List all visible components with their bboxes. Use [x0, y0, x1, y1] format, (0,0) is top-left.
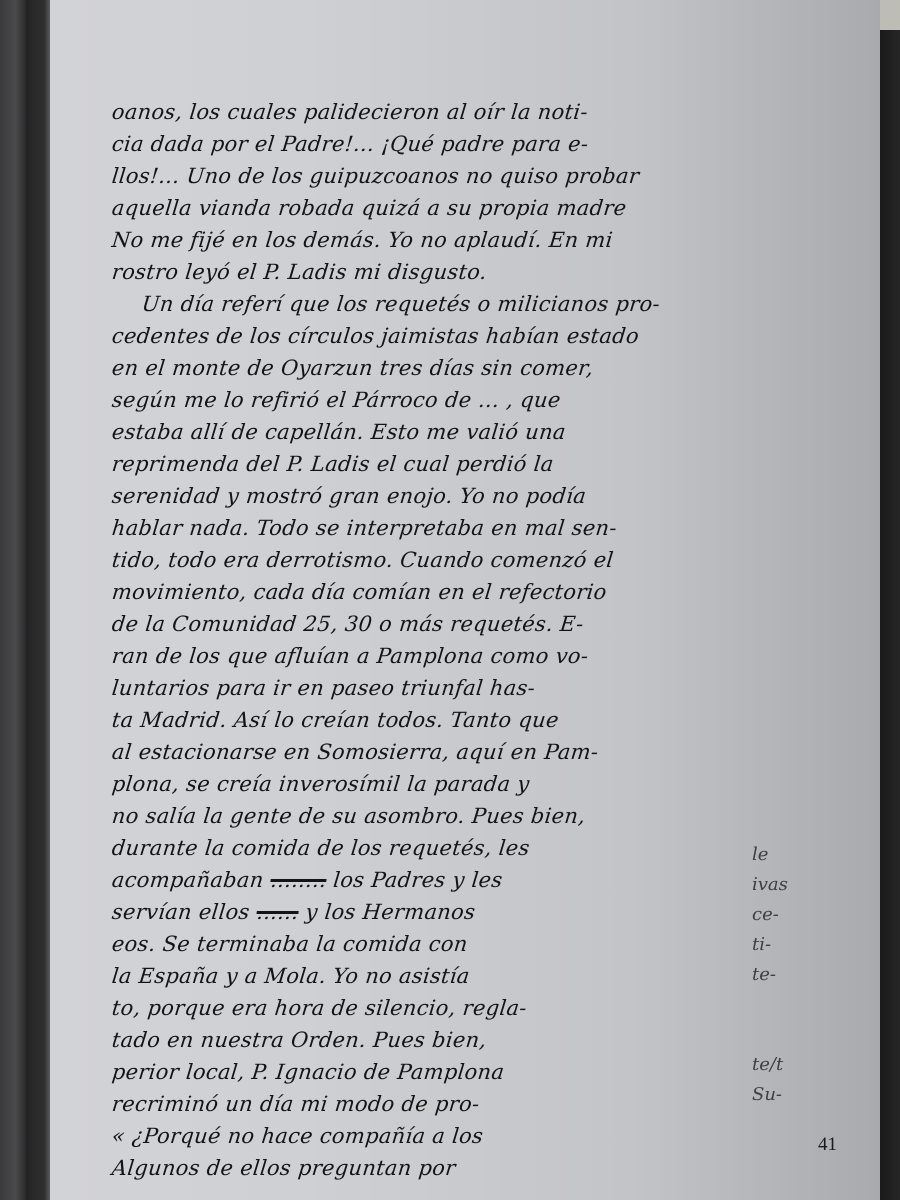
manuscript-text: cedentes de los círculos jaimistas había… [111, 324, 641, 348]
margin-note: Su- [752, 1080, 812, 1110]
struck-out-text: ........ [269, 868, 327, 892]
manuscript-line: plona, se creía inverosímil la parada y [110, 768, 813, 800]
manuscript-line: cia dada por el Padre!... ¡Qué padre par… [110, 128, 813, 160]
manuscript-line: no salía la gente de su asombro. Pues bi… [110, 800, 813, 832]
manuscript-line: llos!... Uno de los guipuzcoanos no quis… [110, 160, 813, 192]
manuscript-text: movimiento, cada día comían en el refect… [111, 580, 608, 604]
margin-note: ce- [752, 900, 812, 930]
photo-scene: oanos, los cuales palidecieron al oír la… [0, 0, 900, 1200]
manuscript-line: perior local, P. Ignacio de Pamplona [110, 1056, 813, 1088]
manuscript-line: al estacionarse en Somosierra, aquí en P… [110, 736, 813, 768]
manuscript-text: al estacionarse en Somosierra, aquí en P… [111, 740, 600, 764]
manuscript-text: « ¿Porqué no hace compañía a los [111, 1124, 485, 1148]
manuscript-line: tado en nuestra Orden. Pues bien, [110, 1024, 813, 1056]
manuscript-text: serenidad y mostró gran enojo. Yo no pod… [111, 484, 588, 508]
manuscript-line: tido, todo era derrotismo. Cuando comenz… [110, 544, 813, 576]
manuscript-text: de la Comunidad 25, 30 o más requetés. E… [111, 612, 585, 636]
manuscript-line: durante la comida de los requetés, les [110, 832, 813, 864]
struck-out-text: ...... [255, 900, 299, 924]
manuscript-line: servían ellos ...... y los Hermanos [110, 896, 813, 928]
manuscript-text: No me fijé en los demás. Yo no aplaudí. … [111, 228, 614, 252]
manuscript-line: recriminó un día mi modo de pro- [110, 1088, 813, 1120]
manuscript-text: oanos, los cuales palidecieron al oír la… [111, 100, 589, 124]
manuscript-text: reprimenda del P. Ladis el cual perdió l… [111, 452, 555, 476]
manuscript-text: rostro leyó el P. Ladis mi disgusto. [111, 260, 488, 284]
book-spine-shadow [0, 0, 26, 1200]
manuscript-line: estaba allí de capellán. Esto me valió u… [110, 416, 813, 448]
manuscript-line: Un día referí que los requetés o milicia… [110, 288, 813, 320]
manuscript-text: no salía la gente de su asombro. Pues bi… [111, 804, 587, 828]
manuscript-text: aquella vianda robada quizá a su propia … [111, 196, 628, 220]
manuscript-line: luntarios para ir en paseo triunfal has- [110, 672, 813, 704]
manuscript-text: ta Madrid. Así lo creían todos. Tanto qu… [111, 708, 560, 732]
manuscript-text: estaba allí de capellán. Esto me valió u… [111, 420, 567, 444]
manuscript-line: rostro leyó el P. Ladis mi disgusto. [110, 256, 813, 288]
manuscript-line: en el monte de Oyarzun tres días sin com… [110, 352, 813, 384]
manuscript-line: eos. Se terminaba la comida con [110, 928, 813, 960]
manuscript-text: servían ellos [111, 900, 251, 924]
manuscript-text-continuation: los Padres y les [325, 868, 504, 892]
manuscript-line: ta Madrid. Así lo creían todos. Tanto qu… [110, 704, 813, 736]
manuscript-text: en el monte de Oyarzun tres días sin com… [111, 356, 595, 380]
manuscript-line: to, porque era hora de silencio, regla- [110, 992, 813, 1024]
manuscript-line: hablar nada. Todo se interpretaba en mal… [110, 512, 813, 544]
margin-note [752, 1020, 812, 1050]
manuscript-text: recriminó un día mi modo de pro- [111, 1092, 481, 1116]
page-number: 41 [818, 1134, 837, 1156]
margin-note: le [752, 840, 812, 870]
manuscript-text: Un día referí que los requetés o milicia… [141, 292, 662, 316]
manuscript-text: perior local, P. Ignacio de Pamplona [111, 1060, 506, 1084]
manuscript-text: acompañaban [111, 868, 265, 892]
margin-note: ti- [752, 930, 812, 960]
manuscript-text: to, porque era hora de silencio, regla- [111, 996, 528, 1020]
manuscript-line: serenidad y mostró gran enojo. Yo no pod… [110, 480, 813, 512]
manuscript-text: llos!... Uno de los guipuzcoanos no quis… [111, 164, 641, 188]
manuscript-line: cedentes de los círculos jaimistas había… [110, 320, 813, 352]
margin-notes: leivasce-ti-te-te/tSu- [752, 840, 812, 1110]
manuscript-line: de la Comunidad 25, 30 o más requetés. E… [110, 608, 813, 640]
margin-note: te/t [752, 1050, 812, 1080]
manuscript-line: No me fijé en los demás. Yo no aplaudí. … [110, 224, 813, 256]
manuscript-text: hablar nada. Todo se interpretaba en mal… [111, 516, 618, 540]
margin-note: te- [752, 960, 812, 990]
manuscript-line: « ¿Porqué no hace compañía a los [110, 1120, 813, 1152]
handwritten-manuscript: oanos, los cuales palidecieron al oír la… [112, 96, 812, 1184]
manuscript-line: Algunos de ellos preguntan por [110, 1152, 813, 1184]
manuscript-line: la España y a Mola. Yo no asistía [110, 960, 813, 992]
manuscript-line: según me lo refirió el Párroco de ... , … [110, 384, 813, 416]
manuscript-line: aquella vianda robada quizá a su propia … [110, 192, 813, 224]
manuscript-text: la España y a Mola. Yo no asistía [111, 964, 471, 988]
manuscript-text-continuation: y los Hermanos [297, 900, 476, 924]
manuscript-line: reprimenda del P. Ladis el cual perdió l… [110, 448, 813, 480]
manuscript-text: ran de los que afluían a Pamplona como v… [111, 644, 590, 668]
page-right-edge [880, 0, 900, 1200]
manuscript-text: según me lo refirió el Párroco de ... , … [111, 388, 562, 412]
margin-note [752, 990, 812, 1020]
background-surface [880, 0, 900, 30]
manuscript-text: cia dada por el Padre!... ¡Qué padre par… [111, 132, 590, 156]
manuscript-text: tado en nuestra Orden. Pues bien, [111, 1028, 488, 1052]
manuscript-text: eos. Se terminaba la comida con [111, 932, 469, 956]
manuscript-line: ran de los que afluían a Pamplona como v… [110, 640, 813, 672]
manuscript-text: Algunos de ellos preguntan por [111, 1156, 457, 1180]
manuscript-line: movimiento, cada día comían en el refect… [110, 576, 813, 608]
manuscript-line: acompañaban ........ los Padres y les [110, 864, 813, 896]
manuscript-text: plona, se creía inverosímil la parada y [111, 772, 531, 796]
page-gutter-shadow [26, 0, 52, 1200]
manuscript-text: luntarios para ir en paseo triunfal has- [111, 676, 537, 700]
margin-note: ivas [752, 870, 812, 900]
manuscript-line: oanos, los cuales palidecieron al oír la… [110, 96, 813, 128]
manuscript-text: durante la comida de los requetés, les [111, 836, 531, 860]
manuscript-text: tido, todo era derrotismo. Cuando comenz… [111, 548, 615, 572]
